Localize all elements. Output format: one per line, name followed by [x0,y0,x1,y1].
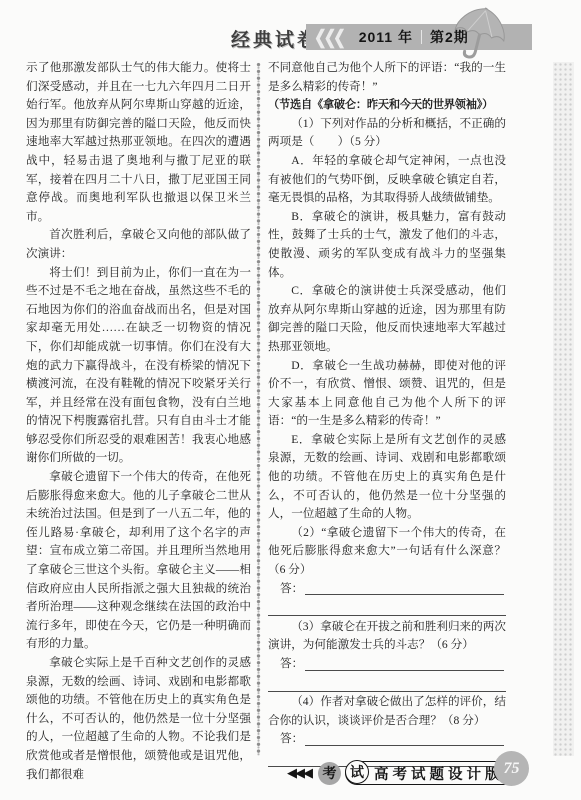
issue-year: 2011 年 [359,27,413,47]
body-paragraph: 拿破仑实际上是千百种文艺创作的灵感泉源，无数的绘画、诗词、戏剧和电影都歌颂他的功… [26,654,251,784]
question-1: （1）下列对作品的分析和概括，不正确的两项是（ ）（5 分） [268,115,506,152]
body-paragraph: 示了他那激发部队士气的伟大能力。使将士们深受感动，并且在一七九六年四月二日开始行… [26,59,251,226]
magazine-page: 经典试卷 ❮❮❮ 2011 年 第2期 示了他那激发部队士气的伟大能力。使将士们… [0,0,581,800]
answer-blank-line [268,674,506,692]
option-a: A．年轻的拿破仑却气定神闲，一点也没有被他们的气势吓倒，反映拿破仑镇定自若，毫无… [268,152,506,208]
answer-row: 答： [268,655,506,674]
chain-divider-ornament [254,62,263,756]
brand-stadium: 试 高考试题设计版 [345,761,515,785]
answer-label: 答： [268,730,303,749]
chevrons-left-icon: ❮❮❮ [314,26,343,49]
answer-label: 答： [268,580,303,599]
footer-brand: ◀◀◀ 考 试 高考试题设计版 [287,761,515,785]
page-number-badge: 75 [494,751,529,786]
option-b: B．拿破仑的演讲，极具魅力，富有鼓动性，鼓舞了士兵的士气，激发了他们的斗志，使散… [268,208,506,282]
answer-blank-line [268,598,506,616]
option-d: D．拿破仑一生战功赫赫，即使对他的评价不一，有欣赏、憎恨、颂赞、诅咒的，但是大家… [268,357,506,431]
brand-disc-kao: 考 [318,762,341,785]
answer-label: 答： [268,655,303,674]
answer-row: 答： [268,730,506,749]
body-paragraph: 首次胜利后，拿破仑又向他的部队做了次演讲： [26,226,251,263]
body-paragraph: 拿破仑遗留下一个伟大的传奇，在他死后膨胀得愈来愈大。他的儿子拿破仑二世从未统治过… [26,468,251,654]
answer-blank-line [305,745,504,746]
answer-blank-line [305,670,504,671]
option-c: C．拿破仑的演讲使士兵深受感动，他们放弃从阿尔卑斯山穿越的近途，因为那里有防御完… [268,282,506,356]
body-paragraph: 不同意他自己为他个人所下的评语：“我的一生是多么精彩的传奇！” [268,59,506,96]
triangles-left-icon: ◀◀◀ [287,765,311,781]
brand-ring-shi: 试 [345,760,369,784]
brand-text: 高考试题设计版 [374,763,504,784]
body-paragraph: 将士们！到目前为止，你们一直在为一些不过是不毛之地在奋战，虽然这些不毛的石地因为… [26,264,251,469]
left-column: 示了他那激发部队士气的伟大能力。使将士们深受感动，并且在一七九六年四月二日开始行… [26,59,251,784]
question-2: （2）“拿破仑遗留下一个伟大的传奇，在他死后膨胀得愈来愈大”一句话有什么深意？（… [268,524,506,580]
question-3: （3）拿破仑在开拔之前和胜利归来的两次演讲，为何能激发士兵的斗志？（6 分） [268,618,506,655]
answer-row: 答： [268,580,506,599]
source-attribution: （节选自《拿破仑：昨天和今天的世界领袖》） [268,96,506,115]
issue-separator [421,30,422,44]
right-column: 不同意他自己为他个人所下的评语：“我的一生是多么精彩的传奇！” （节选自《拿破仑… [268,59,506,769]
option-e: E．拿破仑实际上是所有文艺创作的灵感泉源，无数的绘画、诗词、戏剧和电影都歌颂他的… [268,431,506,524]
question-4: （4）作者对拿破仑做出了怎样的评价，结合你的认识，谈谈评价是否合理？（8 分） [268,693,506,730]
answer-blank-line [305,594,504,595]
halftone-edge-strip [553,62,574,756]
